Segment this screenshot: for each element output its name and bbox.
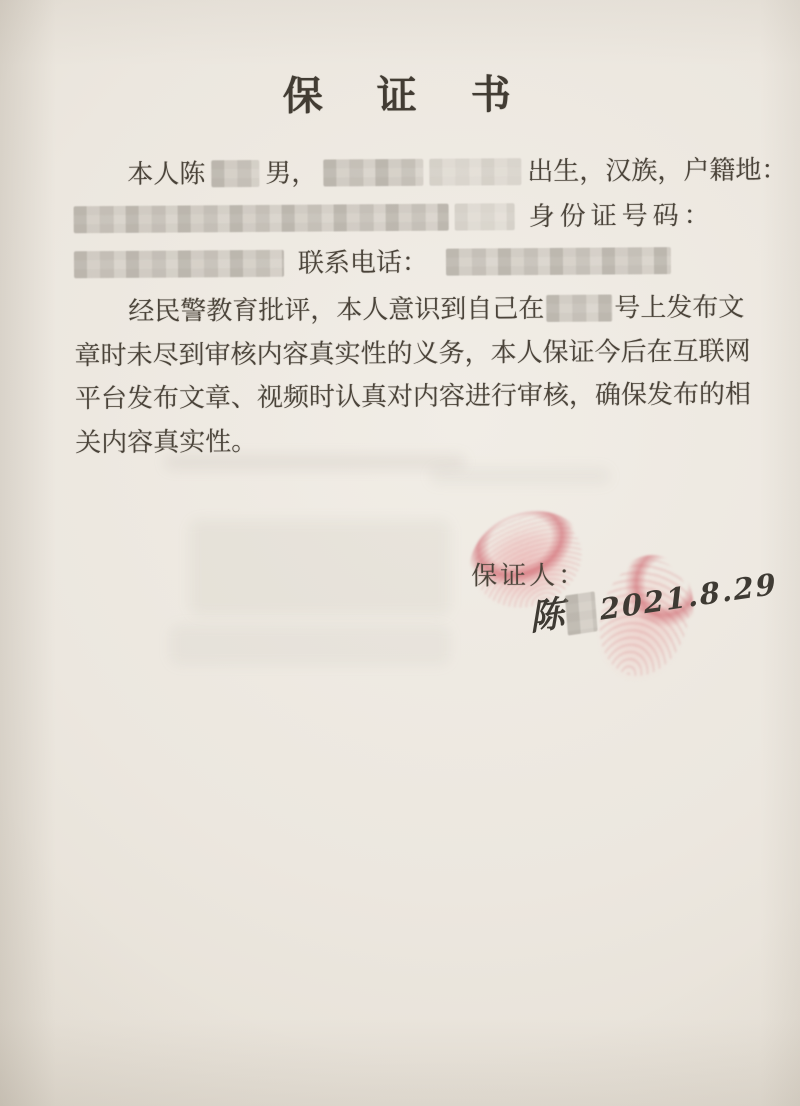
redaction-blur bbox=[565, 591, 598, 635]
text-line: 本人陈男，出生，汉族，户籍地： bbox=[73, 149, 787, 191]
redaction-blur bbox=[455, 203, 515, 230]
body-text: 关内容真实性。 bbox=[75, 427, 257, 457]
body-text: 联系电话： bbox=[298, 248, 428, 278]
body-text: 号上发布文 bbox=[614, 293, 744, 323]
redaction-blur bbox=[211, 160, 259, 187]
redaction-blur bbox=[74, 204, 449, 234]
text-line: 身份证号码： bbox=[74, 195, 715, 236]
text-line: 联系电话： bbox=[74, 240, 671, 281]
body-text: 男， bbox=[265, 159, 317, 188]
body-text: 经民警教育批评，本人意识到自己在 bbox=[128, 294, 544, 326]
signature-date: 2021.8.29 bbox=[599, 567, 779, 627]
body-text: 出生，汉族，户籍地： bbox=[527, 155, 787, 186]
text-line: 经民警教育批评，本人意识到自己在号上发布文 bbox=[74, 287, 744, 329]
redaction-blur bbox=[429, 158, 521, 186]
body-text: 平台发布文章、视频时认真对内容进行审核，确保发布的相 bbox=[75, 380, 751, 414]
redaction-blur bbox=[74, 250, 284, 278]
body-text: 本人陈 bbox=[127, 159, 205, 189]
text-line: 章时未尽到审核内容真实性的义务，本人保证今后在互联网 bbox=[74, 331, 750, 373]
body-text: 章时未尽到审核内容真实性的义务，本人保证今后在互联网 bbox=[75, 337, 751, 371]
text-line: 关内容真实性。 bbox=[75, 421, 257, 459]
redaction-blur bbox=[546, 295, 612, 322]
document-content: 保 证 书 本人陈男，出生，汉族，户籍地： 身份证号码： 联系电话： 经民警教育… bbox=[0, 0, 800, 1106]
body-text: 身份证号码： bbox=[529, 201, 715, 231]
signature-name: 陈 bbox=[528, 593, 566, 639]
document-photo: 保 证 书 本人陈男，出生，汉族，户籍地： 身份证号码： 联系电话： 经民警教育… bbox=[0, 0, 800, 1106]
redaction-blur bbox=[446, 247, 671, 276]
redaction-blur bbox=[323, 159, 423, 187]
page-title: 保 证 书 bbox=[0, 61, 797, 124]
text-line: 平台发布文章、视频时认真对内容进行审核，确保发布的相 bbox=[75, 374, 751, 416]
